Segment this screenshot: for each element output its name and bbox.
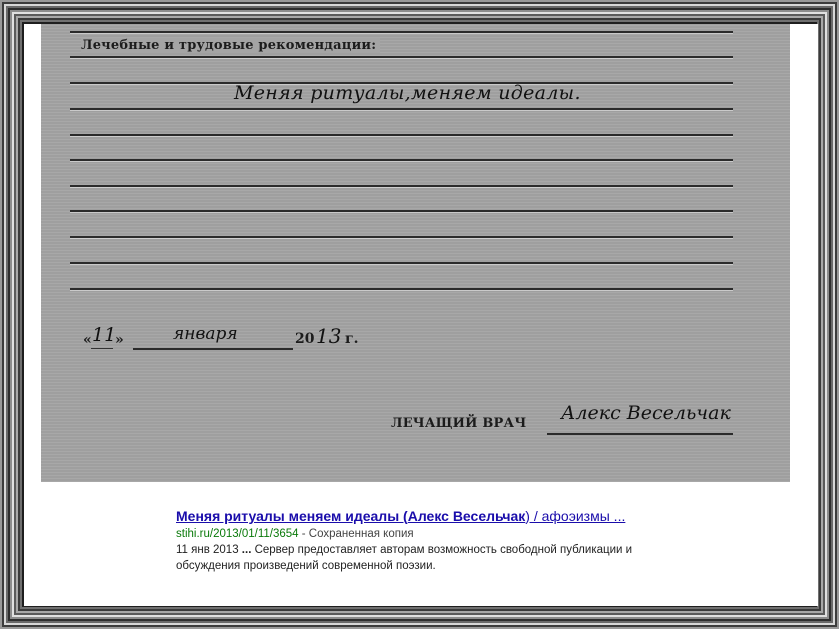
signature-line [547,433,733,435]
cached-copy-link[interactable]: Сохраненная копия [309,528,414,540]
title-author: Алекс Весельчак [408,508,526,524]
handwritten-recommendation: Меняя ритуалы,меняем идеалы. [234,82,581,104]
search-result-snippet: 11 янв 2013 ... Сервер предоставляет авт… [176,542,696,574]
snippet-ellipsis: ... [239,544,252,556]
form-rule [70,236,733,238]
form-rule [70,288,733,290]
url-separator: - [299,528,309,540]
date-day: 11 [92,324,116,346]
date-month: января [173,324,238,344]
form-rule [70,31,733,33]
form-rule [70,159,733,161]
form-rule [70,134,733,136]
frame-inner: Лечебные и трудовые рекомендации: Меняя … [24,24,818,606]
search-result: Меняя ритуалы меняем идеалы (Алекс Весел… [176,507,696,574]
result-url: stihi.ru/2013/01/11/3654 [176,528,299,540]
date-year-suffix: 13 [316,324,341,348]
form-rule [70,262,733,264]
form-rule [70,210,733,212]
title-rest: ) / афоэизмы ... [525,508,625,524]
title-main: Меняя ритуалы меняем идеалы ( [176,508,408,524]
search-result-title-link[interactable]: Меняя ритуалы меняем идеалы (Алекс Весел… [176,507,696,526]
month-underline [133,348,293,350]
date-quote-open: « [83,332,92,348]
day-underline [91,348,113,349]
search-result-url-row: stihi.ru/2013/01/11/3654 - Сохраненная к… [176,526,696,542]
snippet-date: 11 янв 2013 [176,544,239,556]
form-rule [70,56,733,58]
recommendations-label: Лечебные и трудовые рекомендации: [81,38,380,53]
date-year-abbrev: г. [345,331,358,347]
form-rule [70,185,733,187]
form-rule [70,108,733,110]
date-field: « 11 » января 20 13 г. [83,324,383,354]
date-year-prefix: 20 [295,331,314,347]
doctor-signature: Алекс Весельчак [561,402,731,424]
attending-doctor-label: ЛЕЧАЩИЙ ВРАЧ [391,416,526,431]
picture-frame: Лечебные и трудовые рекомендации: Меняя … [0,0,839,629]
date-quote-close: » [115,332,124,348]
scanned-medical-form: Лечебные и трудовые рекомендации: Меняя … [41,24,790,482]
